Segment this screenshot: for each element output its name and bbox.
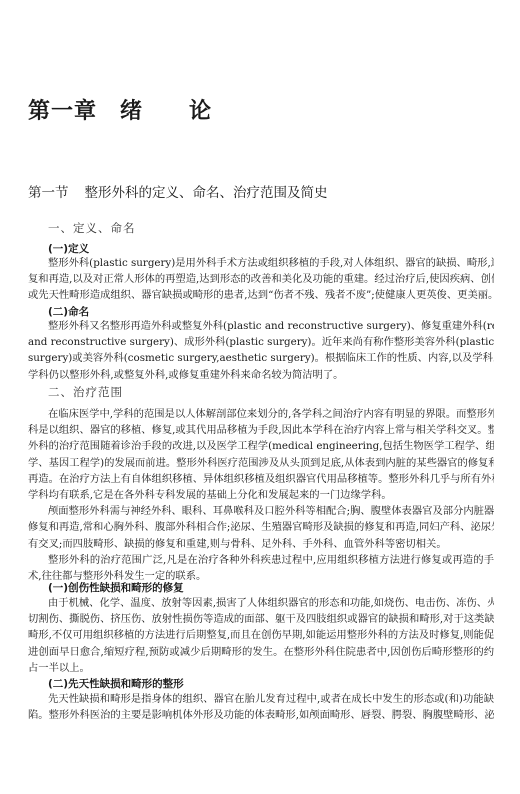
text-line: 再造。在治疗方法上有自体组织移植、异体组织移植及组织器官代用品移植等。整形外科几… bbox=[28, 471, 494, 487]
text-line: 或先天性畸形造成组织、器官缺损或畸形的患者,达到“伤者不残、残者不废”;使健康人… bbox=[28, 287, 494, 303]
paragraph-congenital: 先天性缺损和畸形是指身体的组织、器官在胎儿发育过程中,或者在成长中发生的形态或(… bbox=[28, 691, 494, 723]
text-line: 颅面整形外科需与神经外科、眼科、耳鼻喉科及口腔外科等相配合;胸、腹壁体表器官及部… bbox=[28, 503, 494, 519]
text-line: surgery)或美容外科(cosmetic surgery,aesthetic… bbox=[28, 350, 494, 366]
paragraph-traumatic: 由于机械、化学、温度、放射等因素,损害了人体组织器官的形态和功能,如烧伤、电击伤… bbox=[28, 595, 494, 676]
text-line: 整形外科(plastic surgery)是用外科手术方法或组织移植的手段,对人… bbox=[28, 255, 494, 271]
text-line: 复和再造,以及对正常人形体的再塑造,达到形态的改善和美化及功能的重建。经过治疗后… bbox=[28, 271, 494, 287]
text-line: 学科均有联系,它是在各外科专科发展的基础上分化和发展起来的一门边缘学科。 bbox=[28, 487, 494, 503]
paragraph-definition: 整形外科(plastic surgery)是用外科手术方法或组织移植的手段,对人… bbox=[28, 255, 494, 304]
part-heading-scope: 二、治疗范围 bbox=[48, 384, 123, 400]
text-line: 整形外科的治疗范围广泛,凡是在治疗各种外科疾患过程中,应用组织移植方法进行修复或… bbox=[28, 552, 494, 568]
text-line: 切割伤、撕脱伤、挤压伤、放射性损伤等造成的面部、躯干及四肢组织或器官的缺损和畸形… bbox=[28, 611, 494, 627]
text-line: 有交叉;而四肢畸形、缺损的修复和重建,则与骨科、足外科、手外科、血管外科等密切相… bbox=[28, 536, 494, 552]
text-line: 学科仍以整形外科,或整复外科,或修复重建外科来命名较为简洁明了。 bbox=[28, 367, 494, 383]
text-line: 畸形,不仅可用组织移植的方法进行后期整复,而且在创伤早期,如能运用整形外科的方法… bbox=[28, 627, 494, 643]
text-line: 修复和再造,常和心胸外科、腹部外科相合作;泌尿、生殖器官畸形及缺损的修复和再造,… bbox=[28, 519, 494, 535]
text-line: 由于机械、化学、温度、放射等因素,损害了人体组织器官的形态和功能,如烧伤、电击伤… bbox=[28, 595, 494, 611]
paragraph-scope-1: 在临床医学中,学科的范围是以人体解剖部位来划分的,各学科之间治疗内容有明显的界限… bbox=[28, 406, 494, 584]
text-line: 整形外科又名整形再造外科或整复外科(plastic and reconstruc… bbox=[28, 318, 494, 334]
paragraph-naming: 整形外科又名整形再造外科或整复外科(plastic and reconstruc… bbox=[28, 318, 494, 383]
subsection-heading-definition: (一)定义 bbox=[48, 241, 89, 256]
subsection-heading-naming: (二)命名 bbox=[48, 304, 89, 319]
text-line: 在临床医学中,学科的范围是以人体解剖部位来划分的,各学科之间治疗内容有明显的界限… bbox=[28, 406, 494, 422]
text-line: 陷。整形外科医治的主要是影响机体外形及功能的体表畸形,如颅面畸形、唇裂、腭裂、胸… bbox=[28, 707, 494, 723]
section-heading: 整形外科的定义、命名、治疗范围及简史 bbox=[85, 185, 328, 201]
text-line: 外科的治疗范围随着诊治手段的改进,以及医学工程学(medical enginee… bbox=[28, 438, 494, 454]
subsection-heading-traumatic: (一)创伤性缺损和畸形的修复 bbox=[48, 580, 184, 595]
text-line: 进创面早日愈合,缩短疗程,预防或减少后期畸形的发生。在整形外科住院患者中,因创伤… bbox=[28, 644, 494, 660]
subsection-heading-congenital: (二)先天性缺损和畸形的整形 bbox=[48, 676, 184, 691]
section-number: 第一节 bbox=[28, 185, 69, 201]
chapter-title: 第一章 绪 论 bbox=[28, 94, 212, 125]
book-page: 第一章 绪 论 第一节整形外科的定义、命名、治疗范围及简史 一、定义、命名 (一… bbox=[0, 0, 520, 794]
text-line: 科是以组织、器官的移植、修复,或其代用品移植为手段,因此本学科在治疗内容上常与相… bbox=[28, 422, 494, 438]
text-line: and reconstructive surgery)、成形外科(plastic… bbox=[28, 334, 494, 350]
section-title: 第一节整形外科的定义、命名、治疗范围及简史 bbox=[28, 181, 328, 201]
text-line: 占一半以上。 bbox=[28, 660, 494, 676]
part-heading-definition: 一、定义、命名 bbox=[48, 220, 136, 236]
text-line: 先天性缺损和畸形是指身体的组织、器官在胎儿发育过程中,或者在成长中发生的形态或(… bbox=[28, 691, 494, 707]
text-line: 学、基因工程学)的发展而前进。整形外科医疗范围涉及从头顶到足底,从体表到内脏的某… bbox=[28, 455, 494, 471]
